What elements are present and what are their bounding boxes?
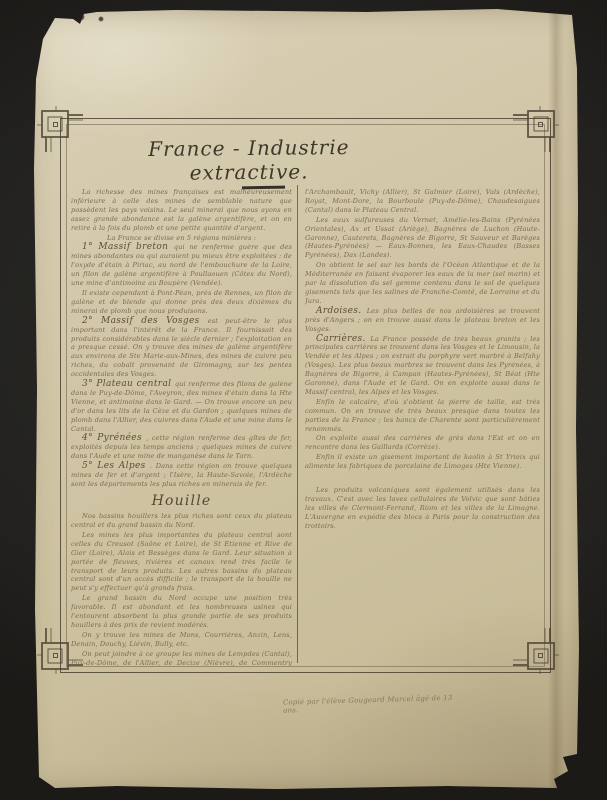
manuscript-paragraph: On peut joindre à ce groupe les mines de… [71,650,292,666]
manuscript-paragraph: Nos bassins houillers les plus riches so… [71,512,292,530]
greek-key-corner-icon [37,106,83,152]
manuscript-paragraph: l'Archambault, Vichy (Allier), St Galmie… [305,188,540,215]
paragraph-lead: 1° Massif breton [82,242,174,252]
manuscript-paragraph: La richesse des mines françaises est mal… [71,188,292,233]
manuscript-paragraph: 1° Massif breton qui ne renferme guère q… [71,243,292,288]
manuscript-paragraph: On obtient le sel sur les bords de l'Océ… [305,261,540,306]
paragraph-lead: 5° Les Alpes [82,461,150,471]
manuscript-paragraph: 5° Les Alpes . Dans cette région on trou… [71,462,292,489]
right-column-text: l'Archambault, Vichy (Allier), St Galmie… [305,188,540,666]
section-heading: Houille [71,492,292,510]
manuscript-paragraph: Enfin il existe un gisement important de… [305,453,540,471]
paragraph-lead: 2° Massif des Vosges [82,316,208,326]
greek-key-corner-icon [513,106,559,152]
copyist-note: Copié par l'élève Gougeard Marcel âgé de… [283,693,468,715]
manuscript-paragraph: 2° Massif des Vosges est peut-être le pl… [71,317,292,379]
manuscript-paragraph: 4° Pyrénées , cette région renferme des … [71,434,292,461]
manuscript-paragraph: Le grand bassin du Nord occupe une posit… [71,594,292,630]
paragraph-lead: Carrières. [316,334,370,344]
intro-note: La France se divise en 5 régions minière… [71,234,292,243]
manuscript-paragraph: Enfin le calcaire, d'où s'obtient la pie… [305,398,540,434]
manuscript-paragraph: Il existe cependant à Pont-Péan, près de… [71,289,292,316]
photo-backdrop: France - Industrie extractive. La riches… [0,0,607,800]
manuscript-paragraph: Les produits volcaniques sont également … [305,486,540,531]
manuscript-page: France - Industrie extractive. La riches… [27,9,580,790]
manuscript-paragraph: Ardoises. Les plus belles de nos ardoisi… [305,307,540,334]
manuscript-paragraph: On exploite aussi des carrières de grès … [305,434,540,452]
column-divider [297,185,298,663]
left-column-text: La richesse des mines françaises est mal… [71,188,292,666]
manuscript-paragraph: On y trouve les mines de Mons, Courrière… [71,631,292,649]
paragraph-lead: 4° Pyrénées [82,433,146,443]
paragraph-lead: 3° Plateau central [82,379,175,389]
manuscript-paragraph: Carrières. La France possède de très bea… [305,335,540,397]
manuscript-paragraph: 3° Plateau central qui renferme des filo… [71,380,292,433]
manuscript-paragraph: Les eaux sulfureuses du Vernet, Amélie-l… [305,216,540,261]
manuscript-paragraph: Les mines les plus importantes du platea… [71,531,292,593]
paragraph-lead: Ardoises. [316,306,367,316]
paragraph-gap [305,472,540,486]
page-title: France - Industrie extractive. [119,135,379,186]
